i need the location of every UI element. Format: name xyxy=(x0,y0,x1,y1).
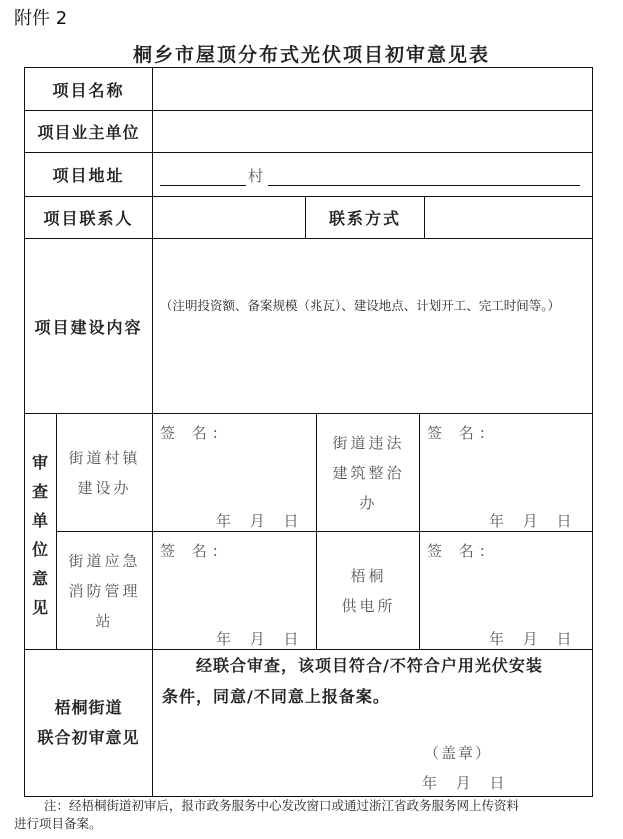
review-group-char: 意 xyxy=(30,564,50,593)
project-owner-field[interactable] xyxy=(154,112,591,151)
sign-label: 签 名: xyxy=(427,422,491,443)
signature-cell-power-supply[interactable]: 签 名: 年 月 日 xyxy=(421,532,591,648)
column-divider xyxy=(152,67,153,796)
joint-review-opinion-cell[interactable]: 经联合审查，该项目符合/不符合户用光伏安装 条件，同意/不同意上报备案。 （盖章… xyxy=(154,650,591,795)
review-unit-illegal-construction: 街道违法 建筑整治 办 xyxy=(318,414,419,531)
review-group-label: 审 查 单 位 意 见 xyxy=(30,448,50,622)
village-underline xyxy=(160,185,246,186)
column-divider xyxy=(424,196,425,238)
address-detail-underline xyxy=(268,185,580,186)
footnote-line2: 进行项目备案。 xyxy=(14,815,102,833)
contact-method-label: 联系方式 xyxy=(306,197,424,238)
date-label: 年 月 日 xyxy=(216,510,299,531)
unit-name-line: 街道村镇 xyxy=(68,443,140,473)
signature-cell-illegal-construction[interactable]: 签 名: 年 月 日 xyxy=(421,414,591,530)
signature-cell-village-construction[interactable]: 签 名: 年 月 日 xyxy=(154,414,315,530)
joint-review-label-line: 梧桐街道 xyxy=(54,693,122,723)
signature-cell-emergency-fire[interactable]: 签 名: 年 月 日 xyxy=(154,532,315,648)
date-label: 年 月 日 xyxy=(489,510,572,531)
project-content-label: 项目建设内容 xyxy=(25,239,152,413)
attachment-label: 附件 2 xyxy=(14,4,67,30)
review-unit-emergency-fire: 街道应急 消防管理 站 xyxy=(57,532,152,649)
review-group-char: 位 xyxy=(30,535,50,564)
unit-name-line: 街道违法 xyxy=(332,428,404,458)
review-unit-power-supply: 梧桐 供电所 xyxy=(318,532,419,649)
project-contact-field[interactable] xyxy=(154,198,304,237)
review-group-char: 单 xyxy=(30,506,50,535)
joint-review-label-line: 联合初审意见 xyxy=(37,723,139,753)
project-contact-label: 项目联系人 xyxy=(25,197,152,238)
address-detail-field[interactable] xyxy=(268,162,580,184)
seal-label: （盖章） xyxy=(424,742,492,763)
unit-name-line: 梧桐 xyxy=(350,561,386,591)
review-group-char: 查 xyxy=(30,477,50,506)
project-address-label: 项目地址 xyxy=(25,153,152,196)
column-divider xyxy=(419,413,420,649)
project-owner-label: 项目业主单位 xyxy=(25,111,152,152)
unit-name-line: 站 xyxy=(95,606,113,636)
village-field[interactable] xyxy=(160,162,246,184)
unit-name-line: 街道应急 xyxy=(68,546,140,576)
unit-name-line: 建设办 xyxy=(77,473,131,503)
date-label: 年 月 日 xyxy=(489,628,572,649)
column-divider xyxy=(316,413,317,649)
date-label: 年 月 日 xyxy=(216,628,299,649)
joint-review-opinion-line1: 经联合审查，该项目符合/不符合户用光伏安装 xyxy=(196,650,543,682)
table-border-right xyxy=(592,67,593,796)
contact-method-field[interactable] xyxy=(426,198,591,237)
unit-name-line: 消防管理 xyxy=(68,576,140,606)
sign-label: 签 名: xyxy=(160,422,224,443)
project-content-field[interactable]: （注明投资额、备案规模（兆瓦）、建设地点、计划开工、完工时间等。） xyxy=(154,240,591,412)
project-content-hint: （注明投资额、备案规模（兆瓦）、建设地点、计划开工、完工时间等。） xyxy=(160,296,560,314)
project-name-field[interactable] xyxy=(154,69,591,109)
sign-label: 签 名: xyxy=(160,540,224,561)
review-group-char: 见 xyxy=(30,593,50,622)
unit-name-line: 办 xyxy=(359,488,377,518)
footnote-line1: 注：经梧桐街道初审后，报市政务服务中心发改窗口或通过浙江省政务服务网上传资料 xyxy=(44,797,519,815)
sign-label: 签 名: xyxy=(427,540,491,561)
unit-name-line: 建筑整治 xyxy=(332,458,404,488)
review-group-char: 审 xyxy=(30,448,50,477)
unit-name-line: 供电所 xyxy=(341,591,395,621)
joint-review-opinion-line2: 条件，同意/不同意上报备案。 xyxy=(162,681,390,713)
review-unit-village-construction: 街道村镇 建设办 xyxy=(57,414,152,531)
project-name-label: 项目名称 xyxy=(25,68,152,110)
village-suffix: 村 xyxy=(248,165,263,186)
joint-review-date: 年 月 日 xyxy=(422,772,505,793)
form-title: 桐乡市屋顶分布式光伏项目初审意见表 xyxy=(0,40,623,67)
joint-review-label: 梧桐街道 联合初审意见 xyxy=(25,650,152,796)
